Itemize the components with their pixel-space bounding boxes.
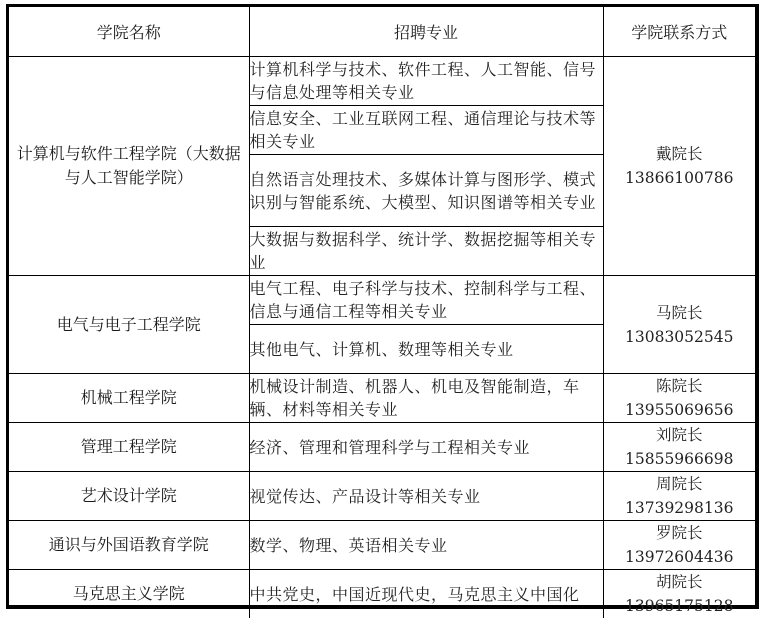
major-cell: 信息安全、工业互联网工程、通信理论与技术等相关专业 [249,106,603,155]
college-name: 机械工程学院 [9,374,249,423]
contact-phone: 13955069656 [604,398,756,422]
table-row: 计算机与软件工程学院（大数据与人工智能学院） 计算机科学与技术、软件工程、人工智… [9,57,755,106]
college-name: 管理工程学院 [9,423,249,472]
major-cell: 经济、管理和管理科学与工程相关专业 [249,423,603,472]
table-row: 机械工程学院 机械设计制造、机器人、机电及智能制造，车辆、材料等相关专业 陈院长… [9,374,755,423]
header-contact: 学院联系方式 [603,7,755,57]
contact-phone: 13965175128 [604,594,756,618]
major-cell: 大数据与数据科学、统计学、数据挖掘等相关专业 [249,227,603,276]
major-cell: 其他电气、计算机、数理等相关专业 [249,325,603,374]
major-cell: 电气工程、电子科学与技术、控制科学与工程、信息与通信工程等相关专业 [249,276,603,325]
college-name: 电气与电子工程学院 [9,276,249,374]
table-row: 艺术设计学院 视觉传达、产品设计等相关专业 周院长 13739298136 [9,472,755,521]
contact-cell: 马院长 13083052545 [603,276,755,374]
table-row: 管理工程学院 经济、管理和管理科学与工程相关专业 刘院长 15855966698 [9,423,755,472]
contact-name: 胡院长 [604,570,756,594]
contact-name: 刘院长 [604,423,756,447]
major-cell: 视觉传达、产品设计等相关专业 [249,472,603,521]
table-row: 电气与电子工程学院 电气工程、电子科学与技术、控制科学与工程、信息与通信工程等相… [9,276,755,325]
contact-cell: 戴院长 13866100786 [603,57,755,276]
contact-cell: 罗院长 13972604436 [603,521,755,570]
contact-cell: 胡院长 13965175128 [603,570,755,619]
table-row: 马克思主义学院 中共党史，中国近现代史，马克思主义中国化 胡院长 1396517… [9,570,755,619]
contact-phone: 13972604436 [604,545,756,569]
contact-name: 马院长 [604,301,756,325]
contact-cell: 陈院长 13955069656 [603,374,755,423]
recruitment-table-frame: 学院名称 招聘专业 学院联系方式 计算机与软件工程学院（大数据与人工智能学院） … [6,4,759,609]
college-name: 计算机与软件工程学院（大数据与人工智能学院） [9,57,249,276]
major-cell: 中共党史，中国近现代史，马克思主义中国化 [249,570,603,619]
college-name: 马克思主义学院 [9,570,249,619]
contact-phone: 13739298136 [604,496,756,520]
contact-name: 戴院长 [604,142,756,166]
recruitment-table: 学院名称 招聘专业 学院联系方式 计算机与软件工程学院（大数据与人工智能学院） … [9,7,755,618]
major-cell: 自然语言处理技术、多媒体计算与图形学、模式识别与智能系统、大模型、知识图谱等相关… [249,155,603,227]
contact-name: 周院长 [604,472,756,496]
major-cell: 机械设计制造、机器人、机电及智能制造，车辆、材料等相关专业 [249,374,603,423]
college-name: 通识与外国语教育学院 [9,521,249,570]
major-cell: 计算机科学与技术、软件工程、人工智能、信号与信息处理等相关专业 [249,57,603,106]
table-row: 通识与外国语教育学院 数学、物理、英语相关专业 罗院长 13972604436 [9,521,755,570]
major-cell: 数学、物理、英语相关专业 [249,521,603,570]
contact-phone: 15855966698 [604,447,756,471]
contact-cell: 周院长 13739298136 [603,472,755,521]
college-name: 艺术设计学院 [9,472,249,521]
table-header-row: 学院名称 招聘专业 学院联系方式 [9,7,755,57]
header-majors: 招聘专业 [249,7,603,57]
contact-name: 陈院长 [604,374,756,398]
contact-cell: 刘院长 15855966698 [603,423,755,472]
contact-phone: 13083052545 [604,325,756,349]
contact-name: 罗院长 [604,521,756,545]
contact-phone: 13866100786 [604,166,756,190]
header-college: 学院名称 [9,7,249,57]
